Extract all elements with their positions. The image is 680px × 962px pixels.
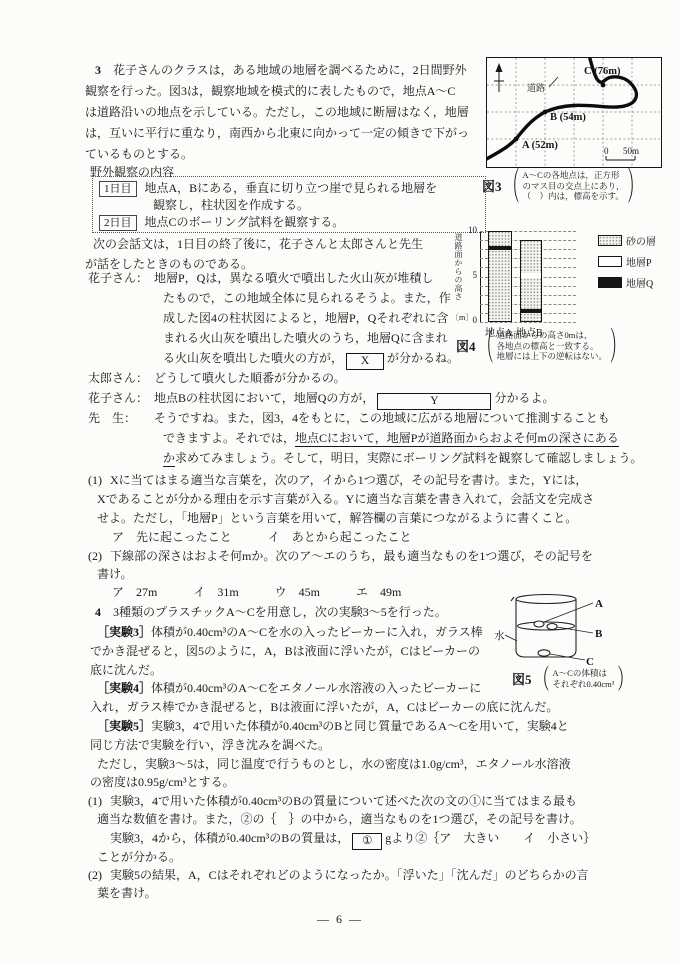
strata-column-outline bbox=[520, 240, 542, 322]
fieldwork-day2: 2日目地点Cのボーリング試料を観察する。 bbox=[99, 214, 344, 231]
blank-x-box: X bbox=[346, 353, 384, 370]
q3-intro-line: 観察を行った。図3は，観察地域を模式的に表したもので，地点A〜C bbox=[85, 83, 455, 100]
dialog-hanako-1-cont: まれる火山灰を噴出した噴火のうち，地層Qに含まれ bbox=[163, 330, 448, 347]
fieldwork-day1: 1日目地点A，Bにある，垂直に切り立つ崖で見られる地層を bbox=[99, 180, 437, 197]
item-number: (2) bbox=[88, 548, 110, 565]
layer-q-swatch bbox=[598, 277, 622, 288]
fieldwork-box: 1日目地点A，Bにある，垂直に切り立つ崖で見られる地層を 観察し，柱状図を作成す… bbox=[92, 176, 486, 233]
open-brace: （ bbox=[505, 160, 520, 213]
height-grid-line bbox=[480, 322, 576, 323]
road-label: 道路 bbox=[527, 82, 545, 93]
speaker-hanako: 花子さん： bbox=[88, 390, 154, 407]
figure-4-caption: 図4 （ 道路面からの高さ0mは，各地点の標高と一致する。地層には上下の逆転はな… bbox=[456, 330, 625, 362]
figure-5-label: 図5 bbox=[512, 669, 532, 688]
figure-3-note: A〜Cの各地点は，正方形のマス目の交点上にあり，（ ）内は，標高を示す。 bbox=[523, 170, 625, 202]
label-a-leader bbox=[544, 603, 593, 622]
y-tick-5: 5 bbox=[461, 271, 477, 280]
figure-3-label: 図3 bbox=[482, 176, 502, 195]
close-brace: ） bbox=[617, 660, 632, 698]
fieldwork-day1-cont: 観察し，柱状図を作成する。 bbox=[153, 197, 309, 213]
exp3-line: ［実験3］体積が0.40cm³のA〜Cを水の入ったビーカーに入れ，ガラス棒 bbox=[97, 624, 483, 641]
exp4-label: ［実験4］ bbox=[97, 681, 151, 695]
figure-3-caption: 図3 （ A〜Cの各地点は，正方形のマス目の交点上にあり，（ ）内は，標高を示す… bbox=[482, 170, 643, 202]
beaker-spout bbox=[511, 597, 514, 601]
figure-4-note: 道路面からの高さ0mは，各地点の標高と一致する。地層には上下の逆転はない。 bbox=[497, 330, 608, 362]
point-a-dot bbox=[514, 137, 519, 142]
exp3-cont: でかき混ぜると，図5のように，A，Bは液面に浮いたが，Cはビーカーの bbox=[90, 643, 480, 660]
q3-intro-line: 3 花子さんのクラスは，ある地域の地層を調べるために，2日間野外 bbox=[95, 62, 467, 79]
blank-y-box: Y bbox=[377, 393, 491, 410]
point-a-label: A (52m) bbox=[522, 140, 558, 151]
q4-item-2-cont: 葉を書け。 bbox=[97, 885, 157, 902]
q3-item-2: (2)下線部の深さはおよそ何mか。次のア〜エのうち，最も適当なものを1つ選び，そ… bbox=[88, 548, 593, 565]
dialog-hanako-1-cont: 成した図4の柱状図によると，地層P，Qそれぞれに含 bbox=[163, 310, 448, 327]
label-water-leader bbox=[505, 635, 517, 641]
floating-plastic-a bbox=[534, 621, 544, 627]
page-number: ― 6 ― bbox=[0, 912, 680, 927]
exp3-cont: 底に沈んだ。 bbox=[90, 662, 162, 679]
plastic-c-label: C bbox=[586, 656, 594, 668]
y-tick-0: 0 bbox=[461, 316, 477, 325]
q4-item-1-cont: 適当な数値を書け。また，②の｛ ｝の中から，適当なものを1つ選び，その記号を書け… bbox=[97, 811, 582, 828]
scale-fifty: 50m bbox=[623, 146, 639, 156]
figure-3-map: A (52m) B (54m) C (76m) 道路 0 50m bbox=[486, 57, 662, 168]
sand-swatch bbox=[598, 235, 622, 246]
strata-column-outline bbox=[488, 231, 512, 322]
q4-fill-sentence: 実験3，4から，体積が0.40cm³のBの質量は，①gより②｛ア 大きい イ 小… bbox=[110, 830, 595, 850]
exp5-label: ［実験5］ bbox=[97, 719, 151, 733]
point-c-label: C (76m) bbox=[584, 66, 621, 77]
q3-lead-line: 次の会話文は，1日目の終了後に，花子さんと太郎さんと先生 bbox=[93, 236, 423, 253]
beaker-rim bbox=[516, 595, 576, 604]
plastic-b-label: B bbox=[595, 628, 603, 640]
dialog-sensei-cont: できますよ。それでは，地点Cにおいて，地層Pが道路面からおよそ何mの深さにある bbox=[163, 430, 619, 447]
exp3-label: ［実験3］ bbox=[97, 625, 151, 639]
exp5-cont: 同じ方法で実験を行い，浮き沈みを調べた。 bbox=[90, 737, 330, 754]
item-number: (1) bbox=[88, 472, 110, 489]
beaker-svg: A B C 水 bbox=[494, 591, 626, 669]
strata-legend: 砂の層 地層P 地層Q bbox=[598, 233, 656, 296]
figure-4-label: 図4 bbox=[456, 336, 476, 355]
open-brace: （ bbox=[479, 320, 494, 373]
floating-plastic-b bbox=[547, 624, 557, 630]
figure-5-caption: 図5 （ A〜Cの体積はそれぞれ0.40cm³ ） bbox=[512, 668, 632, 689]
q3-item-1-options: ア 先に起こったこと イ あとから起こったこと bbox=[112, 529, 412, 546]
layer-p-swatch bbox=[598, 256, 622, 267]
q3-intro-line: ているものとする。 bbox=[85, 146, 193, 163]
dialog-hanako-1-cont: たもので，この地域全体に見られるそうよ。また，作 bbox=[163, 290, 451, 307]
open-brace: （ bbox=[535, 660, 550, 698]
legend-row: 砂の層 bbox=[598, 233, 656, 248]
underlined-text: 地点Cにおいて，地層Pが道路面からおよそ何mの深さにある bbox=[295, 431, 619, 447]
point-c-dot bbox=[601, 83, 606, 88]
sunken-plastic-c bbox=[538, 650, 550, 656]
close-brace: ） bbox=[628, 160, 643, 213]
q3-item-1-cont: Xであることが分かる理由を示す言葉が入る。Yに適当な言葉を書き入れて，会話文を完… bbox=[97, 491, 594, 508]
day2-label: 2日目 bbox=[99, 215, 137, 231]
dialog-sensei: 先 生：そうですね。また，図3，4をもとに，この地域に広がる地層について推測する… bbox=[88, 410, 610, 427]
plastic-a-label: A bbox=[595, 598, 603, 610]
q3-intro-line: は，互いに平行に重なり，南西から北東に向かって一定の傾きで下がっ bbox=[85, 125, 469, 142]
scale-zero: 0 bbox=[604, 146, 609, 156]
condition-cont: の密度は0.95g/cm³とする。 bbox=[90, 774, 235, 791]
exp5-line: ［実験5］実験3，4で用いた体積が0.40cm³のBと同じ質量であるA〜Cを用い… bbox=[97, 718, 569, 735]
water-label: 水 bbox=[494, 629, 505, 642]
day1-label: 1日目 bbox=[99, 181, 137, 197]
dialog-hanako-1-last: る火山灰を噴出した噴火の方が，Xが分かるね。 bbox=[163, 350, 459, 370]
q4-item-2: (2)実験5の結果，A，Cはそれぞれどのようになったか。「浮いた」「沈んだ」のど… bbox=[88, 867, 589, 884]
q3-item-2-options: ア 27m イ 31m ウ 45m エ 49m bbox=[112, 584, 401, 601]
q3-intro-line: は道路沿いの地点を示している。ただし，この地域に断層はなく，地層 bbox=[85, 104, 469, 121]
road-leader-line bbox=[549, 77, 558, 87]
q3-item-2-cont: 書け。 bbox=[97, 566, 133, 583]
map-svg: A (52m) B (54m) C (76m) 道路 0 50m bbox=[487, 58, 660, 166]
point-b-dot bbox=[543, 110, 548, 115]
speaker-hanako: 花子さん： bbox=[88, 270, 154, 287]
exp4-line: ［実験4］体積が0.40cm³のA〜Cをエタノール水溶液の入ったビーカーに bbox=[97, 680, 481, 697]
speaker-taro: 太郎さん： bbox=[88, 370, 154, 387]
exp4-cont: 入れ，ガラス棒でかき混ぜると，Bは液面に浮いたが，A，Cはビーカーの底に沈んだ。 bbox=[90, 699, 558, 716]
q3-item-1: (1)Xに当てはまる適当な言葉を，次のア，イから1つ選び，その記号を書け。また，… bbox=[88, 472, 587, 489]
close-brace: ） bbox=[610, 320, 625, 373]
item-number: (2) bbox=[88, 867, 110, 884]
speaker-sensei: 先 生： bbox=[88, 410, 154, 427]
dialog-sensei-cont: か求めてみましょう。そして，明日，実際にボーリング試料を観察して確認しましょう。 bbox=[163, 450, 643, 467]
north-arrow-icon bbox=[494, 63, 504, 92]
exam-page: 3 花子さんのクラスは，ある地域の地層を調べるために，2日間野外 観察を行った。… bbox=[0, 0, 680, 962]
dialog-hanako-2: 花子さん：地点Bの柱状図において，地層Qの方が，Y分かるよ。 bbox=[88, 390, 554, 410]
blank-1-box: ① bbox=[352, 833, 382, 850]
q3-item-1-cont: せよ。ただし，「地層P」という言葉を用いて，解答欄の言葉につながるように書くこと… bbox=[97, 510, 577, 527]
item-number: (1) bbox=[88, 793, 110, 810]
label-b-leader bbox=[557, 627, 593, 633]
condition-line: ただし，実験3〜5は，同じ温度で行うものとし，水の密度は1.0g/cm³，エタノ… bbox=[97, 756, 571, 773]
dialog-taro: 太郎さん：どうして噴火した順番が分かるの。 bbox=[88, 370, 346, 387]
y-axis-label: 道路面からの高さ bbox=[453, 233, 464, 301]
q4-intro-line: 4 3種類のプラスチックA〜Cを用意し，次の実験3〜5を行った。 bbox=[95, 604, 447, 621]
underlined-text: か bbox=[163, 451, 175, 467]
legend-row: 地層Q bbox=[598, 275, 656, 290]
point-b-label: B (54m) bbox=[550, 112, 586, 123]
q4-item-1: (1)実験3，4で用いた体積が0.40cm³のBの質量について述べた次の文の①に… bbox=[88, 793, 577, 810]
figure-5-note: A〜Cの体積はそれぞれ0.40cm³ bbox=[553, 668, 615, 689]
beaker-body bbox=[516, 599, 576, 657]
dialog-hanako-1: 花子さん：地層P，Qは，異なる噴火で噴出した火山灰が堆積し bbox=[88, 270, 433, 287]
legend-row: 地層P bbox=[598, 254, 656, 269]
q4-fill-cont: ことが分かる。 bbox=[97, 849, 181, 866]
y-tick-10: 10 bbox=[461, 226, 477, 235]
